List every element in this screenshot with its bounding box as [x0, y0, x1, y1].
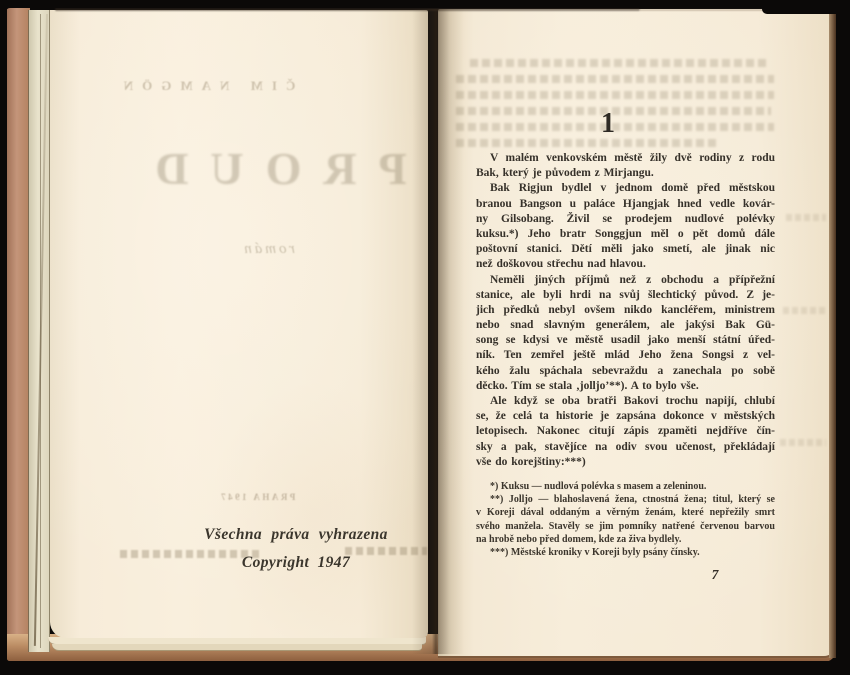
body-line: V malém venkovském městě žily dvě rodiny…	[476, 151, 775, 166]
footnote-line: svého manžela. Stavěly se jim pomníky na…	[476, 520, 775, 533]
photo-frame-bottom	[0, 661, 850, 675]
body-text: V malém venkovském městě žily dvě rodiny…	[476, 151, 775, 470]
ghost-text-line	[786, 214, 826, 221]
body-line: Bak Rigjun bydlel v jednom domě před měs…	[476, 181, 775, 196]
body-line: nebo snad slavným generálem, ale jakýsi …	[476, 318, 775, 333]
ghost-imprint-showthrough: PRAHA 1947	[157, 492, 357, 502]
rights-notice: Všechna práva vyhrazena	[50, 526, 428, 544]
body-line: sky a pak, stavějíce na odiv svou učenos…	[476, 440, 775, 455]
copyright-notice: Copyright 1947	[50, 554, 428, 572]
body-line: song se kdysi ve městě usadil jako menší…	[476, 333, 775, 348]
photo-frame-left	[0, 0, 7, 675]
body-line: stanice, ale byli hrdi na svůj šlechtick…	[476, 288, 775, 303]
ghost-text-line	[783, 307, 827, 314]
body-line: se, že celá ta historie je zapsána dokon…	[476, 409, 775, 424]
photo-frame-top	[0, 0, 850, 8]
ghost-text-line	[780, 439, 826, 446]
book-photo: ČIM NAMGÖN PROUD román PRAHA 1947 Všechn…	[0, 0, 850, 675]
footnote-line: v Koreji dával oddaným a věrným ženám, k…	[476, 506, 775, 519]
ghost-text-line	[456, 139, 716, 147]
footnotes: *) Kuksu — nudlová polévka s masem a zel…	[476, 480, 775, 559]
footnote-line: **) Jolljo — blahoslavená žena, ctnostná…	[476, 493, 775, 506]
footnote-line: ***) Městské kroniky v Koreji byly psány…	[476, 546, 775, 559]
body-line: letopisech. Nakonec citují zápis zpaměti…	[476, 424, 775, 439]
ghost-text-line	[456, 91, 774, 99]
body-line: Neměli jiných příjmů než z obchodu a pří…	[476, 273, 775, 288]
body-line: ny Gilsobang. Živil se prodejem nudlové …	[476, 212, 775, 227]
page-stack-edge	[52, 644, 422, 651]
right-page: 1 V malém venkovském městě žily dvě rodi…	[438, 9, 834, 658]
left-page: ČIM NAMGÖN PROUD román PRAHA 1947 Všechn…	[50, 10, 428, 638]
chapter-number: 1	[588, 107, 628, 141]
body-line: jich předků nebyl ovšem nikdo kancléřem,…	[476, 303, 775, 318]
body-line: vše do korejštiny:***)	[476, 455, 775, 470]
body-line: ník. Ten zemřel ještě mlád Jeho žena Son…	[476, 348, 775, 363]
body-line: kuksu.*) Jeho bratr Songgjun měl o pět d…	[476, 227, 775, 242]
body-line: kého žalu spáchala sebevraždu a zanechal…	[476, 364, 775, 379]
footnote-line: na hrobě nebo před domem, kde za živa by…	[476, 533, 775, 546]
ghost-author-showthrough: ČIM NAMGÖN	[80, 78, 330, 94]
body-line: děcko. Tím se stala ‚jolljo’**). A to by…	[476, 379, 775, 394]
ghost-subtitle-showthrough: román	[168, 241, 368, 258]
body-line: než doškovou střechu nad hlavou.	[476, 257, 775, 272]
ghost-title-showthrough: PROUD	[110, 142, 430, 195]
body-line: Bak, který je původem z Mirjangu.	[476, 166, 775, 181]
ghost-text-line	[470, 59, 770, 67]
ghost-text-line	[456, 75, 774, 83]
photo-frame-right	[836, 0, 850, 675]
body-line: branou Bangson u paláce Hjangjak hned ve…	[476, 197, 775, 212]
book-cover-left-edge	[6, 8, 30, 660]
body-line: poštovní stanici. Dětí měli jako smetí, …	[476, 242, 775, 257]
page-number: 7	[700, 567, 730, 583]
page-top-edge-shadow	[55, 8, 640, 11]
body-line: Ale když se oba bratři Bakovi trochu nap…	[476, 394, 775, 409]
footnote-line: *) Kuksu — nudlová polévka s masem a zel…	[476, 480, 775, 493]
